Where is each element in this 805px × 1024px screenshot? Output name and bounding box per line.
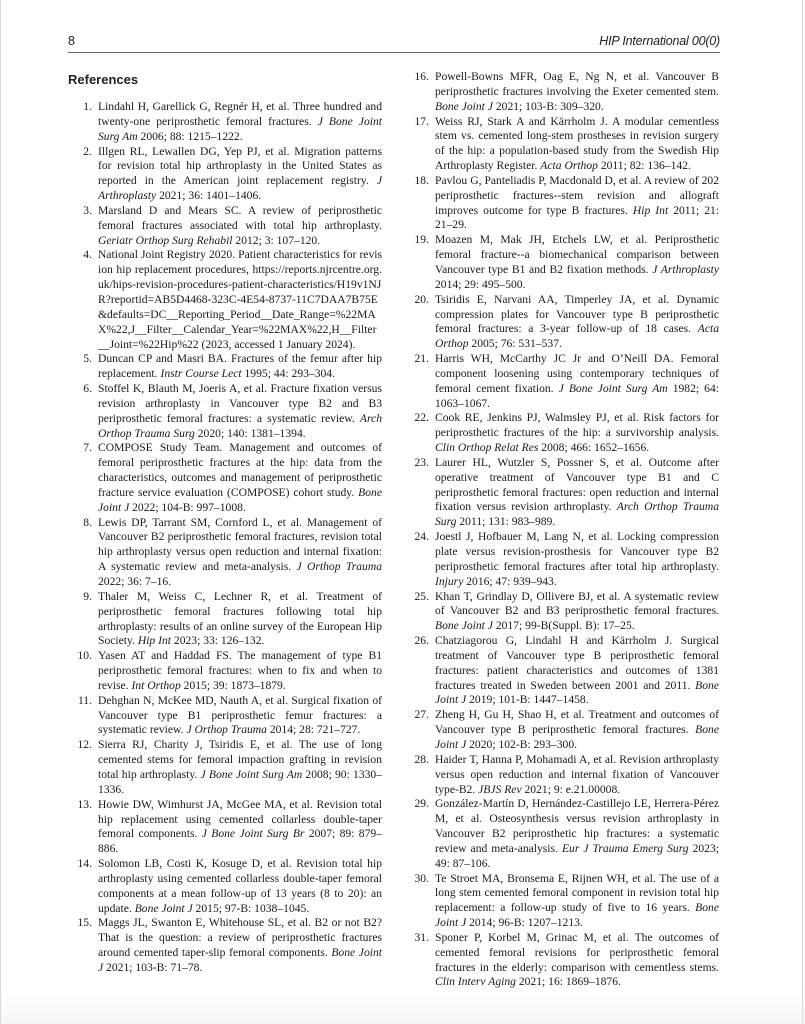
reference-item: 31.Sponer P, Korbel M, Grinac M, et al. …	[405, 931, 719, 990]
reference-number: 29.	[405, 797, 429, 812]
reference-item: 23.Laurer HL, Wutzler S, Possner S, et a…	[405, 456, 719, 530]
reference-item: 7.COMPOSE Study Team. Management and out…	[68, 441, 382, 515]
reference-item: 29.González-Martín D, Hernández-Castille…	[405, 797, 719, 871]
reference-text: Chatziagorou G, Lindahl H and Kärrholm J…	[435, 634, 719, 692]
reference-number: 20.	[405, 293, 429, 308]
reference-list-right: 16.Powell-Bowns MFR, Oag E, Ng N, et al.…	[405, 70, 719, 990]
page-edge-right	[802, 0, 803, 1024]
references-heading: References	[68, 72, 382, 87]
reference-item: 16.Powell-Bowns MFR, Oag E, Ng N, et al.…	[405, 70, 719, 115]
reference-text: COMPOSE Study Team. Management and outco…	[98, 441, 382, 499]
reference-citation: 2023; 33: 126–132.	[171, 634, 264, 647]
reference-journal: Geriatr Orthop Surg Rehabil	[98, 234, 233, 247]
reference-journal: J Orthop Trauma	[186, 723, 267, 736]
reference-number: 25.	[405, 590, 429, 605]
left-column: References 1.Lindahl H, Garellick G, Reg…	[68, 70, 382, 976]
reference-number: 24.	[405, 530, 429, 545]
reference-citation: 2021; 103-B: 309–320.	[493, 100, 604, 113]
journal-name: HIP International 00(0)	[599, 34, 720, 48]
reference-journal: Bone Joint J	[435, 619, 493, 632]
reference-journal: Clin Interv Aging	[435, 975, 516, 988]
reference-journal: Clin Orthop Relat Res	[435, 441, 538, 454]
reference-number: 21.	[405, 352, 429, 367]
running-header: 8 HIP International 00(0)	[68, 32, 720, 53]
reference-number: 16.	[405, 70, 429, 85]
reference-citation: 2005; 76: 531–537.	[469, 337, 562, 350]
reference-journal: JBJS Rev	[478, 783, 521, 796]
reference-citation: 2008; 466: 1652–1656.	[538, 441, 649, 454]
reference-text: Stoffel K, Blauth M, Joeris A, et al. Fr…	[98, 382, 382, 425]
reference-text: Illgen RL, Lewallen DG, Yep PJ, et al. M…	[98, 145, 382, 188]
reference-item: 17.Weiss RJ, Stark A and Kärrholm J. A m…	[405, 115, 719, 174]
reference-citation: 2016; 47: 939–943.	[463, 575, 556, 588]
reference-number: 22.	[405, 411, 429, 426]
reference-journal: J Arthroplasty	[652, 263, 719, 276]
page-number: 8	[68, 34, 75, 48]
reference-item: 3.Marsland D and Mears SC. A review of p…	[68, 204, 382, 249]
reference-journal: Bone Joint J	[135, 902, 193, 915]
reference-journal: Bone Joint J	[435, 100, 493, 113]
reference-citation: 2021; 16: 1869–1876.	[516, 975, 621, 988]
reference-item: 6.Stoffel K, Blauth M, Joeris A, et al. …	[68, 382, 382, 441]
reference-number: 8.	[68, 516, 92, 531]
reference-number: 15.	[68, 916, 92, 931]
reference-journal: Acta Orthop	[540, 159, 598, 172]
reference-citation: 2011; 82: 136–142.	[598, 159, 691, 172]
reference-text: Sponer P, Korbel M, Grinac M, et al. The…	[435, 931, 719, 974]
reference-number: 30.	[405, 872, 429, 887]
reference-number: 5.	[68, 352, 92, 367]
reference-citation: 2014; 96-B: 1207–1213.	[466, 916, 583, 929]
reference-item: 25.Khan T, Grindlay D, Ollivere BJ, et a…	[405, 590, 719, 635]
reference-text: Tsiridis E, Narvani AA, Timperley JA, et…	[435, 293, 719, 336]
reference-text: Powell-Bowns MFR, Oag E, Ng N, et al. Va…	[435, 70, 719, 98]
reference-citation: 2014; 29: 495–500.	[435, 278, 526, 291]
reference-number: 10.	[68, 649, 92, 664]
reference-journal: Int Orthop	[131, 679, 180, 692]
reference-citation: 2021; 103-B: 71–78.	[103, 961, 202, 974]
reference-number: 17.	[405, 115, 429, 130]
reference-item: 4.National Joint Registry 2020. Patient …	[68, 248, 382, 352]
reference-journal: J Bone Joint Surg Am	[559, 382, 668, 395]
reference-list-left: 1.Lindahl H, Garellick G, Regnér H, et a…	[68, 100, 382, 976]
reference-item: 24.Joestl J, Hofbauer M, Lang N, et al. …	[405, 530, 719, 589]
reference-citation: 2022; 36: 7–16.	[98, 575, 171, 588]
reference-journal: J Bone Joint Surg Am	[201, 768, 303, 781]
reference-item: 1.Lindahl H, Garellick G, Regnér H, et a…	[68, 100, 382, 145]
reference-item: 20.Tsiridis E, Narvani AA, Timperley JA,…	[405, 293, 719, 352]
reference-journal: Hip Int	[138, 634, 171, 647]
reference-number: 26.	[405, 634, 429, 649]
reference-number: 3.	[68, 204, 92, 219]
reference-number: 13.	[68, 798, 92, 813]
reference-number: 28.	[405, 753, 429, 768]
reference-item: 18.Pavlou G, Panteliadis P, Macdonald D,…	[405, 174, 719, 233]
reference-citation: 2020; 102-B: 293–300.	[466, 738, 577, 751]
reference-item: 15.Maggs JL, Swanton E, Whitehouse SL, e…	[68, 916, 382, 975]
reference-text: National Joint Registry 2020. Patient ch…	[98, 248, 382, 350]
reference-item: 22.Cook RE, Jenkins PJ, Walmsley PJ, et …	[405, 411, 719, 456]
reference-item: 27.Zheng H, Gu H, Shao H, et al. Treatme…	[405, 708, 719, 753]
reference-text: Khan T, Grindlay D, Ollivere BJ, et al. …	[435, 590, 719, 618]
reference-number: 4.	[68, 248, 92, 263]
reference-number: 12.	[68, 738, 92, 753]
reference-citation: 2006; 88: 1215–1222.	[138, 130, 243, 143]
reference-citation: 2021; 9: e.21.00008.	[522, 783, 621, 796]
reference-text: Cook RE, Jenkins PJ, Walmsley PJ, et al.…	[435, 411, 719, 439]
reference-number: 27.	[405, 708, 429, 723]
reference-item: 26.Chatziagorou G, Lindahl H and Kärrhol…	[405, 634, 719, 708]
reference-citation: 2019; 101-B: 1447–1458.	[466, 693, 588, 706]
right-column: 16.Powell-Bowns MFR, Oag E, Ng N, et al.…	[405, 70, 719, 990]
reference-journal: Eur J Trauma Emerg Surg	[562, 842, 689, 855]
reference-item: 21.Harris WH, McCarthy JC Jr and O’Neill…	[405, 352, 719, 411]
reference-item: 30.Te Stroet MA, Bronsema E, Rijnen WH, …	[405, 872, 719, 931]
reference-item: 8.Lewis DP, Tarrant SM, Cornford L, et a…	[68, 516, 382, 590]
reference-citation: 1995; 44: 293–304.	[242, 367, 335, 380]
reference-text: Te Stroet MA, Bronsema E, Rijnen WH, et …	[435, 872, 719, 915]
page-edge-left	[0, 0, 1, 1024]
reference-citation: 2022; 104-B: 997–1008.	[129, 501, 246, 514]
reference-item: 9.Thaler M, Weiss C, Lechner R, et al. T…	[68, 590, 382, 649]
reference-number: 2.	[68, 145, 92, 160]
reference-item: 14.Solomon LB, Costi K, Kosuge D, et al.…	[68, 857, 382, 916]
reference-text: Zheng H, Gu H, Shao H, et al. Treatment …	[435, 708, 719, 736]
reference-item: 19.Moazen M, Mak JH, Etchels LW, et al. …	[405, 233, 719, 292]
reference-citation: 2014; 28: 721–727.	[267, 723, 360, 736]
reference-citation: 2015; 39: 1873–1879.	[181, 679, 286, 692]
reference-number: 9.	[68, 590, 92, 605]
reference-number: 23.	[405, 456, 429, 471]
reference-item: 28.Haider T, Hanna P, Mohamadi A, et al.…	[405, 753, 719, 798]
reference-number: 6.	[68, 382, 92, 397]
reference-citation: 2011; 131: 983–989.	[456, 515, 555, 528]
reference-number: 7.	[68, 441, 92, 456]
reference-citation: 2017; 99-B(Suppl. B): 17–25.	[493, 619, 635, 632]
reference-journal: Injury	[435, 575, 463, 588]
reference-number: 14.	[68, 857, 92, 872]
reference-journal: J Orthop Trauma	[297, 560, 383, 573]
reference-item: 12.Sierra RJ, Charity J, Tsiridis E, et …	[68, 738, 382, 797]
reference-item: 11.Dehghan N, McKee MD, Nauth A, et al. …	[68, 694, 382, 739]
reference-item: 2.Illgen RL, Lewallen DG, Yep PJ, et al.…	[68, 145, 382, 204]
reference-journal: J Bone Joint Surg Br	[202, 827, 305, 840]
reference-number: 1.	[68, 100, 92, 115]
reference-citation: 2021; 36: 1401–1406.	[156, 189, 261, 202]
reference-number: 11.	[68, 694, 92, 709]
reference-citation: 2012; 3: 107–120.	[233, 234, 321, 247]
reference-citation: 2015; 97-B: 1038–1045.	[193, 902, 310, 915]
reference-text: Marsland D and Mears SC. A review of per…	[98, 204, 382, 232]
reference-citation: 2020; 140: 1381–1394.	[195, 427, 306, 440]
reference-journal: Instr Course Lect	[160, 367, 241, 380]
reference-number: 31.	[405, 931, 429, 946]
reference-journal: Hip Int	[633, 204, 668, 217]
reference-number: 18.	[405, 174, 429, 189]
reference-number: 19.	[405, 233, 429, 248]
reference-item: 13.Howie DW, Wimhurst JA, McGee MA, et a…	[68, 798, 382, 857]
reference-text: Joestl J, Hofbauer M, Lang N, et al. Loc…	[435, 530, 719, 573]
reference-item: 5.Duncan CP and Masri BA. Fractures of t…	[68, 352, 382, 382]
reference-item: 10.Yasen AT and Haddad FS. The managemen…	[68, 649, 382, 694]
